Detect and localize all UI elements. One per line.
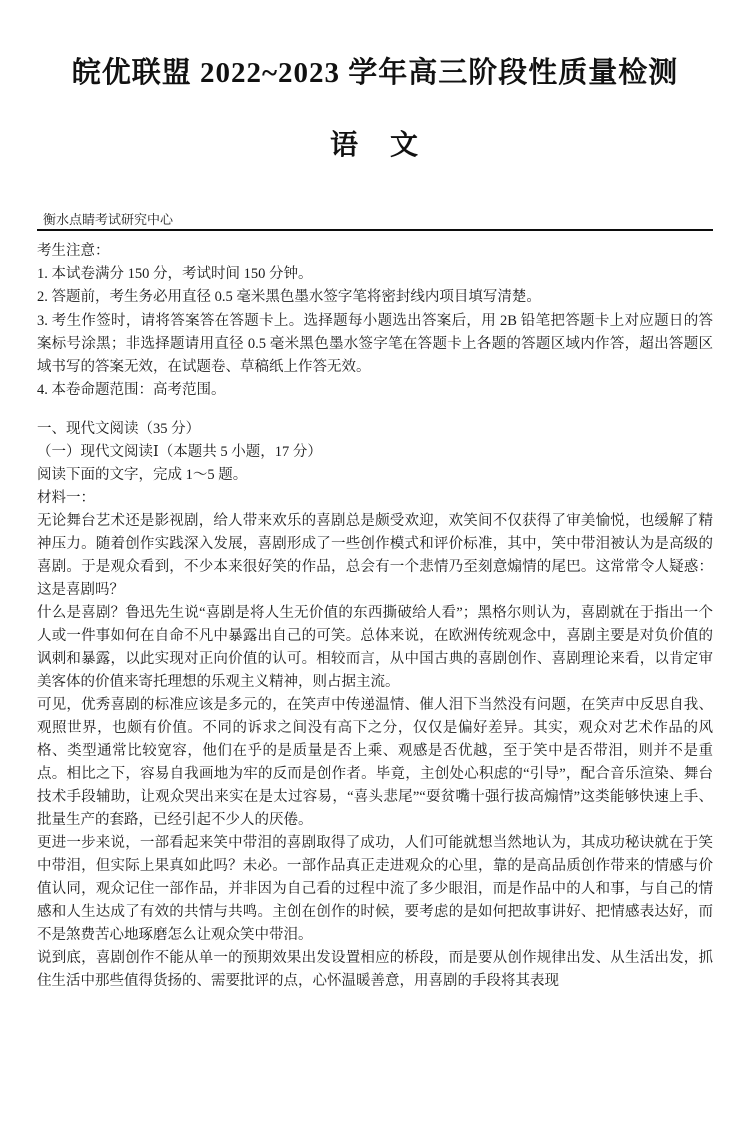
material-label: 材料一： [37, 487, 713, 510]
passage-paragraph: 更进一步来说，一部看起来笑中带泪的喜剧取得了成功，人们可能就想当然地认为，其成功… [37, 832, 713, 947]
notice-item: 4. 本卷命题范围：高考范围。 [37, 379, 713, 402]
exam-title: 皖优联盟 2022~2023 学年高三阶段性质量检测 [37, 55, 713, 91]
passage-paragraph: 说到底，喜剧创作不能从单一的预期效果出发设置相应的桥段，而是要从创作规律出发、从… [37, 947, 713, 993]
exam-paper-page: 皖优联盟 2022~2023 学年高三阶段性质量检测 语 文 衡水点睛考试研究中… [0, 0, 748, 1122]
notice-item: 3. 考生作签时，请将答案答在答题卡上。选择题每小题选出答案后，用 2B 铅笔把… [37, 310, 713, 380]
watermark-label: 衡水点睛考试研究中心 [37, 212, 713, 231]
candidate-notice: 考生注意： 1. 本试卷满分 150 分，考试时间 150 分钟。 2. 答题前… [37, 240, 713, 402]
section-instruction: 阅读下面的文字，完成 1～5 题。 [37, 464, 713, 487]
exam-subject: 语 文 [37, 129, 713, 163]
notice-item: 2. 答题前，考生务必用直径 0.5 毫米黑色墨水签字笔将密封线内项目填写清楚。 [37, 286, 713, 309]
reading-section: 一、现代文阅读（35 分） （一）现代文阅读Ⅰ（本题共 5 小题，17 分） 阅… [37, 418, 713, 993]
passage-paragraph: 可见，优秀喜剧的标准应该是多元的，在笑声中传递温情、催人泪下当然没有问题，在笑声… [37, 694, 713, 832]
passage-material-one: 无论舞台艺术还是影视剧，给人带来欢乐的喜剧总是颇受欢迎，欢笑间不仅获得了审美愉悦… [37, 510, 713, 993]
passage-paragraph: 无论舞台艺术还是影视剧，给人带来欢乐的喜剧总是颇受欢迎，欢笑间不仅获得了审美愉悦… [37, 510, 713, 602]
passage-paragraph: 什么是喜剧？鲁迅先生说“喜剧是将人生无价值的东西撕破给人看”；黑格尔则认为，喜剧… [37, 602, 713, 694]
section-subheading: （一）现代文阅读Ⅰ（本题共 5 小题，17 分） [37, 441, 713, 464]
section-heading: 一、现代文阅读（35 分） [37, 418, 713, 441]
notice-item: 1. 本试卷满分 150 分，考试时间 150 分钟。 [37, 263, 713, 286]
notice-heading: 考生注意： [37, 240, 713, 263]
